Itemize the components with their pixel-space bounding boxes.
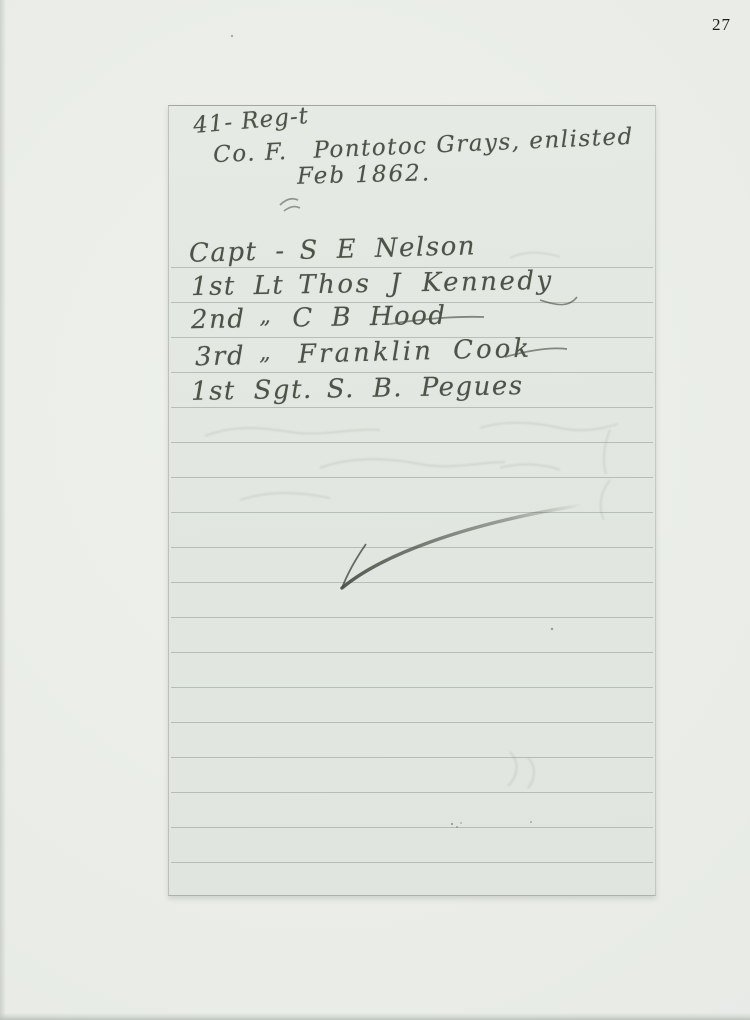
- roster-row: Capt -S E Nelson: [189, 231, 477, 269]
- roster-row: 3rd„Franklin Cook: [195, 334, 533, 373]
- officer-name: Franklin Cook: [298, 334, 533, 370]
- rank-label: Capt -: [189, 236, 286, 269]
- officer-name: Thos J Kennedy: [298, 266, 554, 300]
- officer-name: S. B. Pegues: [327, 371, 524, 404]
- roster-row: 1st LtThos J Kennedy: [191, 266, 554, 302]
- regiment-line: 41- Reg-t: [192, 103, 310, 139]
- unit-name: Pontotoc Grays, enlisted: [313, 124, 634, 164]
- officer-name: S E Nelson: [299, 231, 476, 266]
- ditto-mark: „: [259, 304, 272, 329]
- company-label: Co. F.: [213, 139, 288, 168]
- rank-label: 1st Lt: [191, 271, 285, 303]
- roster-row: 2nd„C B Hood: [191, 301, 447, 335]
- rank-label: 3rd: [195, 341, 246, 372]
- scanned-book-page: 27 41- Reg-t Co. F.Pontotoc Grays, enlis…: [0, 0, 750, 1020]
- rank-label: 2nd: [191, 304, 246, 335]
- scan-edge-shadow-bottom: [0, 1013, 750, 1020]
- officer-name: C B Hood: [292, 301, 447, 334]
- roster-row: 1st Sgt.S. B. Pegues: [191, 371, 524, 407]
- scan-edge-shadow-left: [0, 0, 6, 1020]
- scanned-note-card: 41- Reg-t Co. F.Pontotoc Grays, enlisted…: [168, 105, 656, 896]
- page-number: 27: [712, 15, 731, 35]
- ditto-mark: „: [259, 340, 273, 365]
- date-line: Feb 1862.: [297, 160, 432, 190]
- rank-label: 1st Sgt.: [191, 375, 313, 407]
